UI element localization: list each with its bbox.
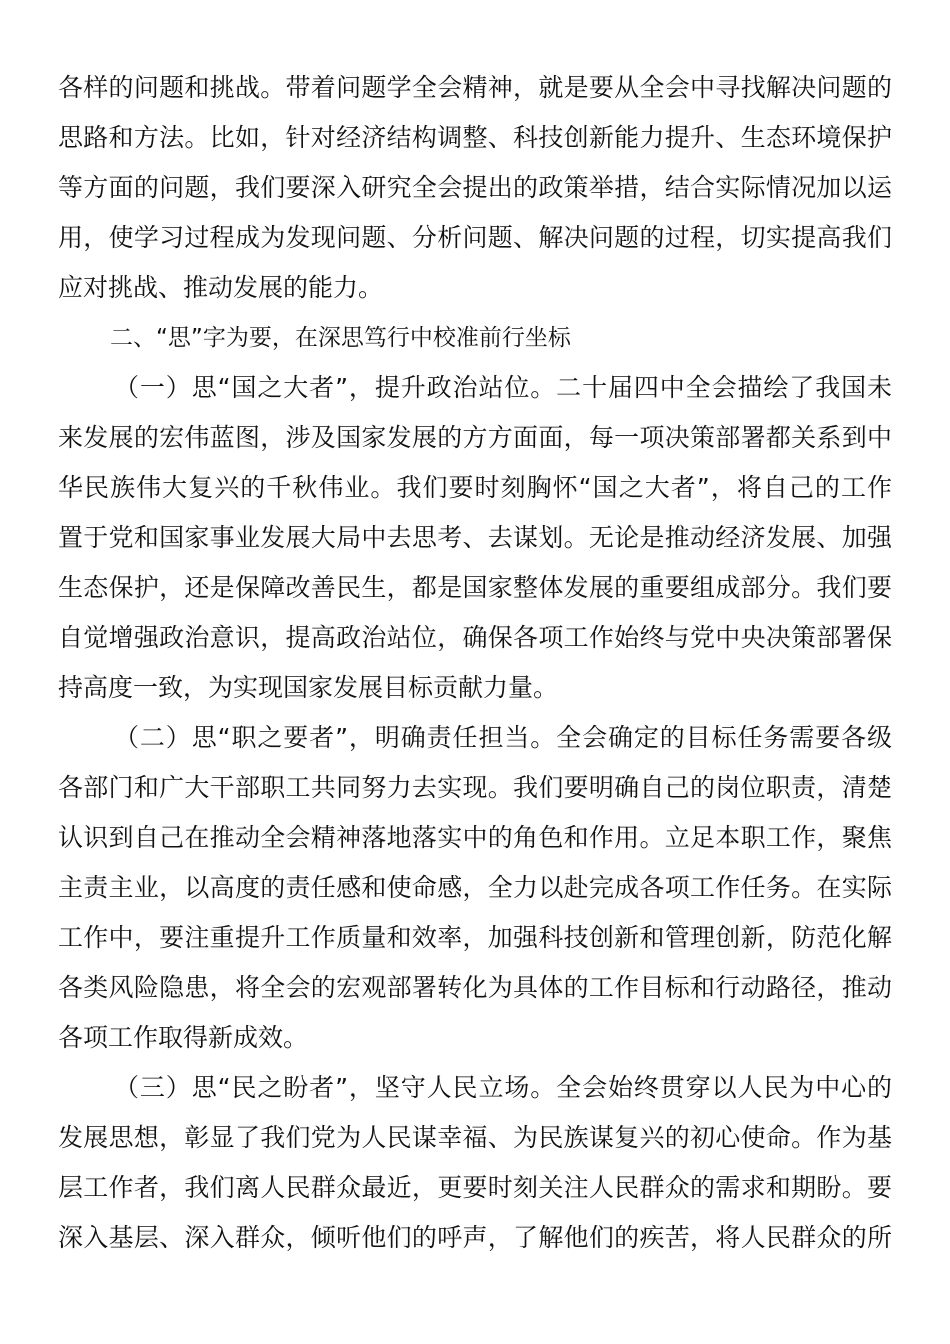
paragraph-line: 持高度一致，为实现国家发展目标贡献力量。 [58, 670, 892, 706]
paragraph-line: 层工作者，我们离人民群众最近，更要时刻关注人民群众的需求和期盼。要 [58, 1170, 892, 1206]
paragraph-line: 生态保护，还是保障改善民生，都是国家整体发展的重要组成部分。我们要 [58, 570, 892, 606]
paragraph-line: 思路和方法。比如，针对经济结构调整、科技创新能力提升、生态环境保护 [58, 120, 892, 156]
paragraph-line: 应对挑战、推动发展的能力。 [58, 270, 892, 306]
paragraph-first-line: （一）思“国之大者”，提升政治站位。二十届四中全会描绘了我国未 [114, 370, 892, 406]
paragraph-line: 自觉增强政治意识，提高政治站位，确保各项工作始终与党中央决策部署保 [58, 620, 892, 656]
paragraph-first-line: （二）思“职之要者”，明确责任担当。全会确定的目标任务需要各级 [114, 720, 892, 756]
paragraph-line: 华民族伟大复兴的千秋伟业。我们要时刻胸怀“国之大者”，将自己的工作 [58, 470, 892, 506]
paragraph-line: 各样的问题和挑战。带着问题学全会精神，就是要从全会中寻找解决问题的 [58, 70, 892, 106]
paragraph-line: 用，使学习过程成为发现问题、分析问题、解决问题的过程，切实提高我们 [58, 220, 892, 256]
paragraph-line: 置于党和国家事业发展大局中去思考、去谋划。无论是推动经济发展、加强 [58, 520, 892, 556]
paragraph-line: 各项工作取得新成效。 [58, 1020, 892, 1056]
document-page: 各样的问题和挑战。带着问题学全会精神，就是要从全会中寻找解决问题的 思路和方法。… [0, 0, 950, 1344]
section-heading: 二、“思”字为要，在深思笃行中校准前行坐标 [110, 320, 571, 356]
paragraph-line: 来发展的宏伟蓝图，涉及国家发展的方方面面，每一项决策部署都关系到中 [58, 420, 892, 456]
paragraph-line: 认识到自己在推动全会精神落地落实中的角色和作用。立足本职工作，聚焦 [58, 820, 892, 856]
paragraph-first-line: （三）思“民之盼者”，坚守人民立场。全会始终贯穿以人民为中心的 [114, 1070, 892, 1106]
paragraph-line: 各类风险隐患，将全会的宏观部署转化为具体的工作目标和行动路径，推动 [58, 970, 892, 1006]
paragraph-line: 工作中，要注重提升工作质量和效率，加强科技创新和管理创新，防范化解 [58, 920, 892, 956]
paragraph-line: 发展思想，彰显了我们党为人民谋幸福、为民族谋复兴的初心使命。作为基 [58, 1120, 892, 1156]
paragraph-line: 深入基层、深入群众，倾听他们的呼声，了解他们的疾苦，将人民群众的所 [58, 1220, 892, 1256]
paragraph-line: 等方面的问题，我们要深入研究全会提出的政策举措，结合实际情况加以运 [58, 170, 892, 206]
paragraph-line: 各部门和广大干部职工共同努力去实现。我们要明确自己的岗位职责，清楚 [58, 770, 892, 806]
paragraph-line: 主责主业，以高度的责任感和使命感，全力以赴完成各项工作任务。在实际 [58, 870, 892, 906]
